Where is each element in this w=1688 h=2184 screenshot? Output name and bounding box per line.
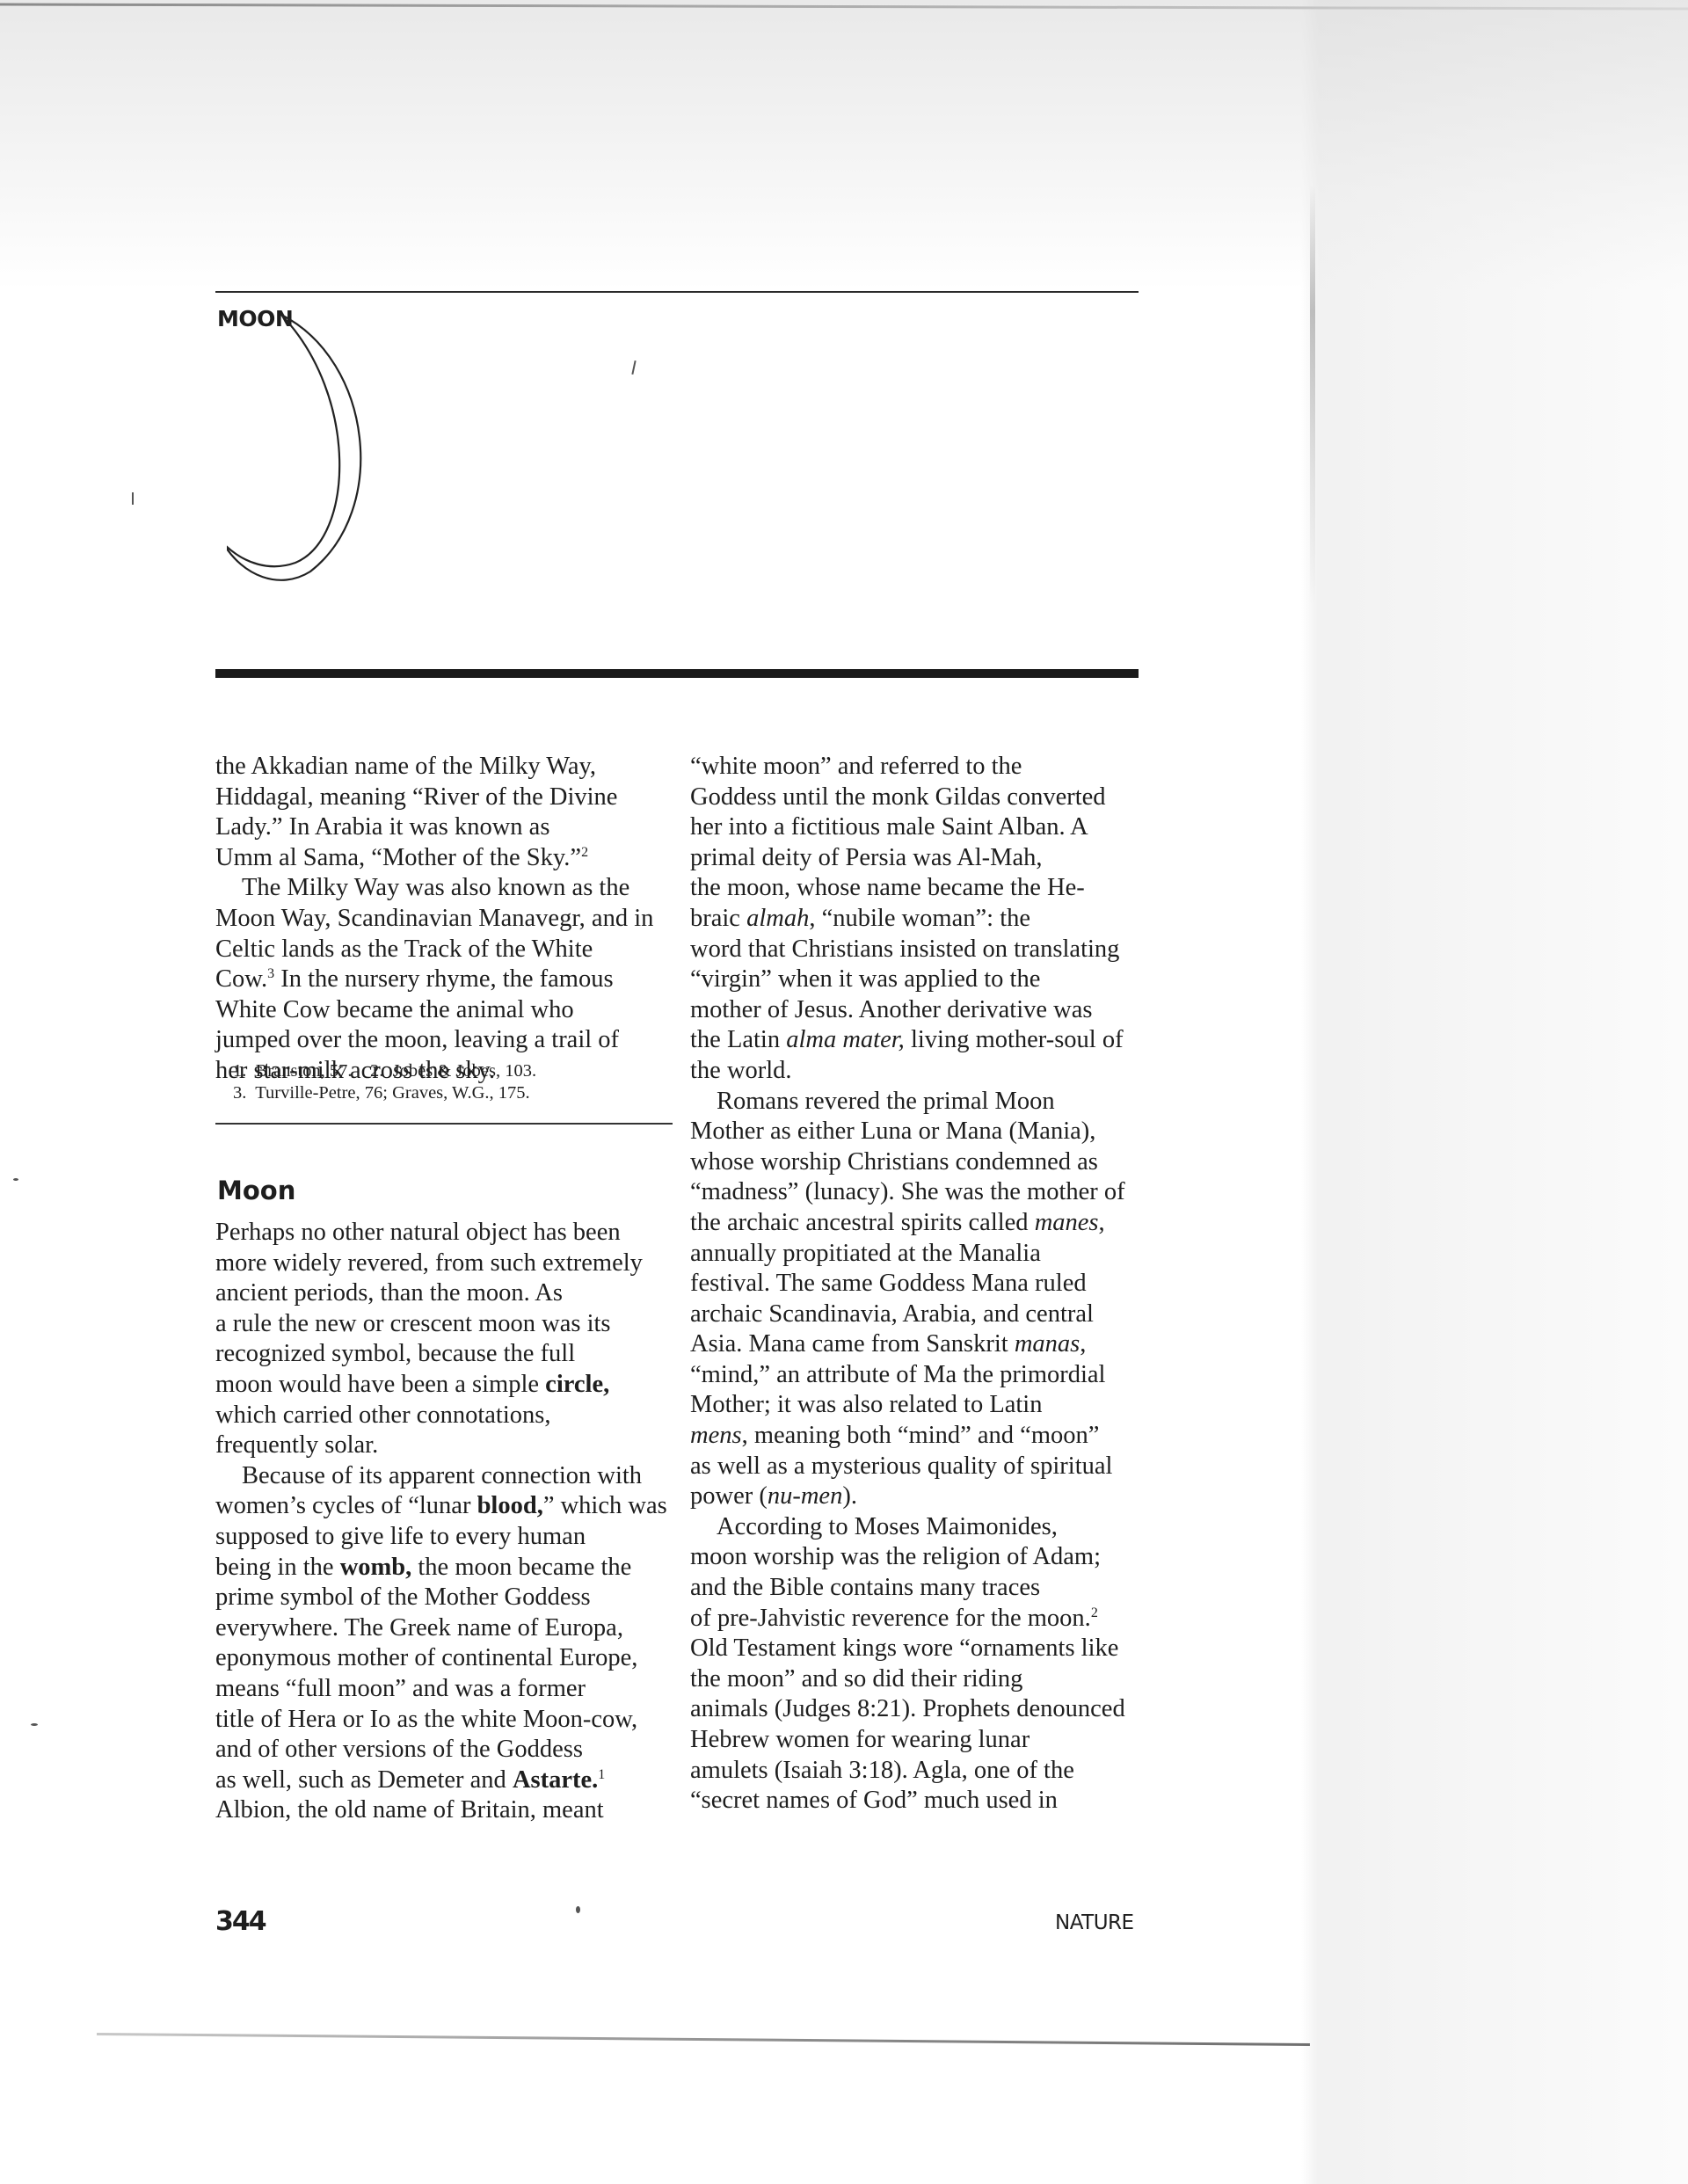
text-line: frequently solar. (215, 1431, 677, 1461)
text-line: prime symbol of the Mother Goddess (215, 1583, 677, 1613)
text-line: “madness” (lunacy). She was the mother o… (690, 1177, 1152, 1208)
text-line: mother of Jesus. Another derivative was (690, 995, 1152, 1026)
text-line: Mother as either Luna or Mana (Mania), (690, 1117, 1152, 1147)
scan-speck (13, 1178, 18, 1181)
text-line: moon would have been a simple circle, (215, 1370, 677, 1401)
scan-speck (132, 492, 134, 505)
text-line: “mind,” an attribute of Ma the primordia… (690, 1360, 1152, 1391)
text-line: White Cow became the animal who (215, 995, 677, 1026)
scan-speck (31, 1723, 38, 1726)
illustration-bottom-rule (215, 669, 1139, 678)
text-line: and the Bible contains many traces (690, 1573, 1152, 1604)
text-line: of pre-Jahvistic reverence for the moon.… (690, 1604, 1152, 1634)
footnote-ref: 2 (1091, 1605, 1098, 1620)
text-line: eponymous mother of continental Europe, (215, 1643, 677, 1674)
text-line: her into a fictitious male Saint Alban. … (690, 812, 1152, 843)
footnotes: 1. Branston, 57. 2. Jobes & Jobes, 103. … (233, 1060, 536, 1104)
text-line: supposed to give life to every human (215, 1522, 677, 1553)
text-line: being in the womb, the moon became the (215, 1553, 677, 1583)
footnote-ref: 2 (581, 845, 588, 860)
text-line: Albion, the old name of Britain, meant (215, 1795, 677, 1826)
text-line: mens, meaning both “mind” and “moon” (690, 1421, 1152, 1452)
text-line: women’s cycles of “lunar blood,” which w… (215, 1491, 677, 1522)
text-line: title of Hera or Io as the white Moon-co… (215, 1705, 677, 1736)
text-line: the Akkadian name of the Milky Way, (215, 752, 677, 783)
text-line: Old Testament kings wore “ornaments like (690, 1634, 1152, 1664)
text-line: jumped over the moon, leaving a trail of (215, 1025, 677, 1056)
page-fold-edge (1310, 185, 1315, 607)
article-right-column: “white moon” and referred to the Goddess… (690, 752, 1152, 1816)
text-line: means “full moon” and was a former (215, 1674, 677, 1705)
continued-entry-column: the Akkadian name of the Milky Way, Hidd… (215, 752, 677, 1087)
article-left-column: Perhaps no other natural object has been… (215, 1218, 677, 1826)
crescent-moon-icon (227, 308, 403, 589)
text-line: “secret names of God” much used in (690, 1786, 1152, 1816)
text-line: Hebrew women for wearing lunar (690, 1725, 1152, 1756)
text-line: the Latin alma mater, living mother-soul… (690, 1025, 1152, 1056)
text-line: Perhaps no other natural object has been (215, 1218, 677, 1249)
text-line: Romans revered the primal Moon (690, 1087, 1152, 1117)
footnote-ref: 3 (267, 966, 274, 981)
article-heading: Moon (217, 1176, 295, 1205)
footnote-line: 1. Branston, 57. 2. Jobes & Jobes, 103. (233, 1060, 536, 1082)
text-line: annually propitiated at the Manalia (690, 1239, 1152, 1270)
cross-reference-blood[interactable]: blood, (477, 1492, 543, 1519)
text-line: the moon” and so did their riding (690, 1664, 1152, 1695)
text-line: as well, such as Demeter and Astarte.1 (215, 1765, 677, 1796)
text-line: “white moon” and referred to the (690, 752, 1152, 783)
text-line: Goddess until the monk Gildas converted (690, 783, 1152, 813)
text-line: ancient periods, than the moon. As (215, 1278, 677, 1309)
text-line: Moon Way, Scandinavian Manavegr, and in (215, 904, 677, 935)
text-line: whose worship Christians condemned as (690, 1147, 1152, 1178)
text-line: Umm al Sama, “Mother of the Sky.”2 (215, 843, 677, 874)
text-line: braic almah, “nubile woman”: the (690, 904, 1152, 935)
text-line: Celtic lands as the Track of the White (215, 935, 677, 965)
text-line: primal deity of Persia was Al-Mah, (690, 843, 1152, 874)
text-line: more widely revered, from such extremely (215, 1249, 677, 1279)
text-line: Asia. Mana came from Sanskrit manas, (690, 1329, 1152, 1360)
text-line: Lady.” In Arabia it was known as (215, 812, 677, 843)
text-line: and of other versions of the Goddess (215, 1735, 677, 1765)
cross-reference-womb[interactable]: womb, (340, 1554, 412, 1581)
page-number: 344 (215, 1906, 266, 1937)
running-footer-title: NATURE (1055, 1911, 1134, 1934)
text-line: moon worship was the religion of Adam; (690, 1542, 1152, 1573)
text-line: Cow.3 In the nursery rhyme, the famous (215, 965, 677, 995)
text-line: everywhere. The Greek name of Europa, (215, 1613, 677, 1644)
cross-reference-astarte[interactable]: Astarte. (513, 1766, 598, 1794)
text-line: Mother; it was also related to Latin (690, 1390, 1152, 1421)
header-rule (215, 291, 1139, 293)
text-line: power (nu-men). (690, 1481, 1152, 1512)
footnote-line: 3. Turville-Petre, 76; Graves, W.G., 175… (233, 1082, 536, 1104)
text-line: as well as a mysterious quality of spiri… (690, 1452, 1152, 1482)
text-line: According to Moses Maimonides, (690, 1512, 1152, 1543)
text-line: which carried other connotations, (215, 1401, 677, 1431)
text-line: a rule the new or crescent moon was its (215, 1309, 677, 1340)
text-line: archaic Scandinavia, Arabia, and central (690, 1299, 1152, 1330)
scan-speck (576, 1906, 580, 1913)
text-line: the archaic ancestral spirits called man… (690, 1208, 1152, 1239)
text-line: the moon, whose name became the He- (690, 873, 1152, 904)
text-line: The Milky Way was also known as the (215, 873, 677, 904)
footnote-ref: 1 (598, 1767, 605, 1782)
text-line: word that Christians insisted on transla… (690, 935, 1152, 965)
text-line: Hiddagal, meaning “River of the Divine (215, 783, 677, 813)
text-line: festival. The same Goddess Mana ruled (690, 1269, 1152, 1299)
cross-reference-circle[interactable]: circle, (545, 1371, 609, 1398)
text-line: “virgin” when it was applied to the (690, 965, 1152, 995)
text-line: animals (Judges 8:21). Prophets denounce… (690, 1694, 1152, 1725)
text-line: Because of its apparent connection with (215, 1461, 677, 1492)
text-line: amulets (Isaiah 3:18). Agla, one of the (690, 1756, 1152, 1787)
text-line: recognized symbol, because the full (215, 1339, 677, 1370)
footnote-rule (215, 1123, 673, 1125)
text-line: the world. (690, 1056, 1152, 1087)
